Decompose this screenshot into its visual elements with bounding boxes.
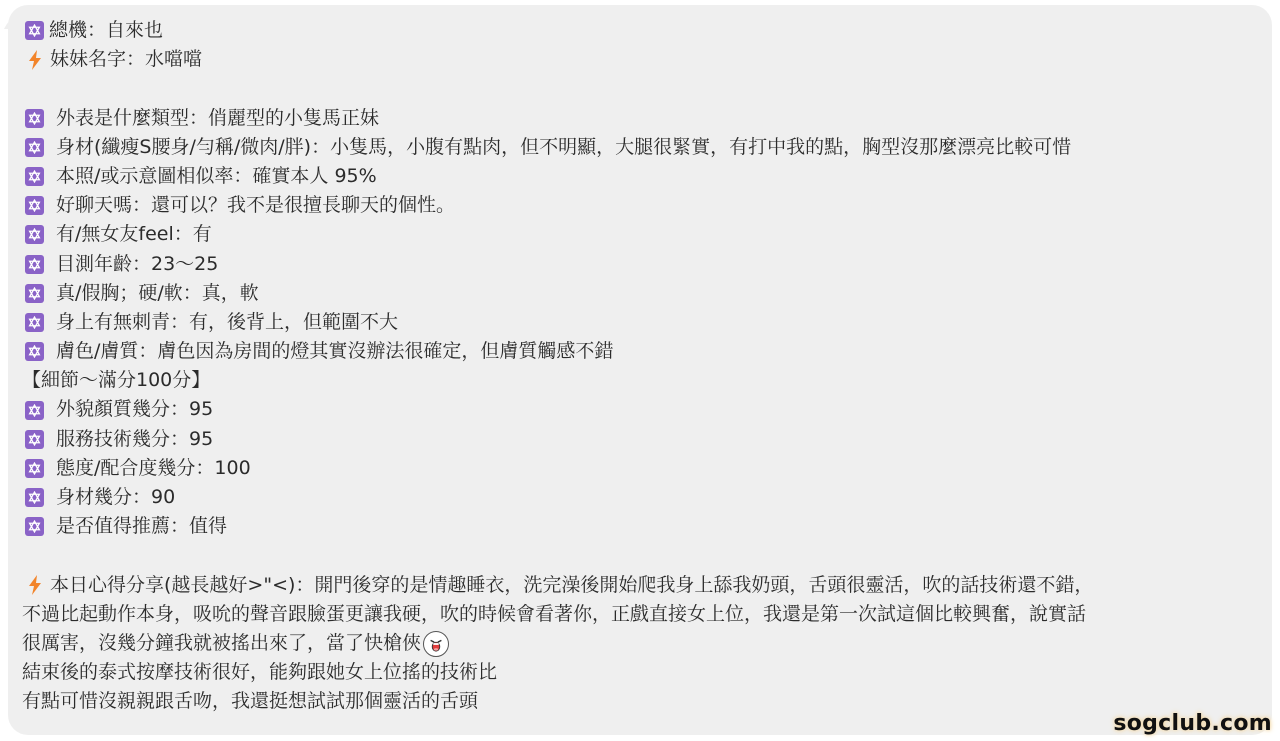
experience-line: 本日心得分享(越長越好>"<)：開門後穿的是情趣睡衣，洗完澡後開始爬我身上舔我奶…	[22, 571, 1272, 600]
experience-text: 不過比起動作本身，吸吮的聲音跟臉蛋更讓我硬，吹的時候會看著你，正戲直接女上位，我…	[22, 600, 1086, 629]
star-of-david-icon	[25, 109, 44, 128]
score-header: 【細節～滿分100分】	[22, 366, 1272, 395]
message-content: 總機：自來也 妹妹名字：水噹噹 外表是什麼類型：俏麗型的小隻馬正妹 身材(纖瘦S…	[22, 16, 1272, 717]
experience-line: 結束後的泰式按摩技術很好，能夠跟她女上位搖的技術比	[22, 658, 1272, 687]
girl-name-text: 妹妹名字：水噹噹	[50, 45, 202, 74]
experience-line: 很厲害，沒幾分鐘我就被搖出來了，當了快槍俠	[22, 629, 1272, 658]
blank-line	[22, 74, 1272, 103]
experience-text: 很厲害，沒幾分鐘我就被搖出來了，當了快槍俠	[22, 629, 421, 658]
star-of-david-icon	[25, 21, 44, 40]
star-of-david-icon	[25, 255, 44, 274]
score-text: 外貌顏質幾分：95	[56, 395, 213, 424]
experience-text: 結束後的泰式按摩技術很好，能夠跟她女上位搖的技術比	[22, 658, 497, 687]
score-text: 態度/配合度幾分：100	[56, 454, 251, 483]
profile-text: 好聊天嗎：還可以？我不是很擅長聊天的個性。	[56, 191, 455, 220]
star-of-david-icon	[25, 488, 44, 507]
score-header-text: 【細節～滿分100分】	[22, 366, 210, 395]
star-of-david-icon	[25, 430, 44, 449]
star-of-david-icon	[25, 167, 44, 186]
experience-text: 本日心得分享(越長越好>"<)：開門後穿的是情趣睡衣，洗完澡後開始爬我身上舔我奶…	[50, 571, 1093, 600]
experience-line: 不過比起動作本身，吸吮的聲音跟臉蛋更讓我硬，吹的時候會看著你，正戲直接女上位，我…	[22, 600, 1272, 629]
experience-line: 有點可惜沒親親跟舌吻，我還挺想試試那個靈活的舌頭	[22, 687, 1272, 716]
profile-line: 膚色/膚質：膚色因為房間的燈其實沒辦法很確定，但膚質觸感不錯	[22, 337, 1272, 366]
profile-line: 有/無女友feel：有	[22, 220, 1272, 249]
profile-text: 外表是什麼類型：俏麗型的小隻馬正妹	[56, 104, 379, 133]
profile-line: 真/假胸；硬/軟：真，軟	[22, 279, 1272, 308]
profile-text: 身上有無刺青：有，後背上，但範圍不大	[56, 308, 398, 337]
profile-line: 本照/或示意圖相似率：確實本人 95%	[22, 162, 1272, 191]
operator-line: 總機：自來也	[22, 16, 1272, 45]
lightning-icon	[25, 575, 44, 595]
profile-line: 目測年齡：23～25	[22, 250, 1272, 279]
score-line: 是否值得推薦：值得	[22, 512, 1272, 541]
score-line: 身材幾分：90	[22, 483, 1272, 512]
star-of-david-icon	[25, 401, 44, 420]
score-line: 態度/配合度幾分：100	[22, 454, 1272, 483]
operator-text: 總機：自來也	[49, 16, 163, 45]
score-text: 身材幾分：90	[56, 483, 175, 512]
star-of-david-icon	[25, 342, 44, 361]
blank-line	[22, 541, 1272, 570]
score-line: 外貌顏質幾分：95	[22, 395, 1272, 424]
watermark: sogclub.com	[1113, 711, 1272, 736]
score-line: 服務技術幾分：95	[22, 425, 1272, 454]
star-of-david-icon	[25, 138, 44, 157]
star-of-david-icon	[25, 284, 44, 303]
profile-text: 目測年齡：23～25	[56, 250, 218, 279]
experience-text: 有點可惜沒親親跟舌吻，我還挺想試試那個靈活的舌頭	[22, 687, 478, 716]
profile-line: 身上有無刺青：有，後背上，但範圍不大	[22, 308, 1272, 337]
profile-text: 真/假胸；硬/軟：真，軟	[56, 279, 259, 308]
profile-text: 本照/或示意圖相似率：確實本人 95%	[56, 162, 377, 191]
laughing-crying-face-icon	[423, 631, 449, 657]
lightning-icon	[25, 50, 44, 70]
profile-text: 有/無女友feel：有	[56, 220, 212, 249]
star-of-david-icon	[25, 459, 44, 478]
profile-text: 膚色/膚質：膚色因為房間的燈其實沒辦法很確定，但膚質觸感不錯	[56, 337, 613, 366]
score-text: 服務技術幾分：95	[56, 425, 213, 454]
star-of-david-icon	[25, 196, 44, 215]
profile-line: 外表是什麼類型：俏麗型的小隻馬正妹	[22, 104, 1272, 133]
score-text: 是否值得推薦：值得	[56, 512, 227, 541]
star-of-david-icon	[25, 517, 44, 536]
profile-line: 好聊天嗎：還可以？我不是很擅長聊天的個性。	[22, 191, 1272, 220]
profile-text: 身材(纖瘦S腰身/勻稱/微肉/胖)：小隻馬，小腹有點肉，但不明顯，大腿很緊實，有…	[56, 133, 1071, 162]
star-of-david-icon	[25, 225, 44, 244]
girl-name-line: 妹妹名字：水噹噹	[22, 45, 1272, 74]
star-of-david-icon	[25, 313, 44, 332]
profile-line: 身材(纖瘦S腰身/勻稱/微肉/胖)：小隻馬，小腹有點肉，但不明顯，大腿很緊實，有…	[22, 133, 1272, 162]
